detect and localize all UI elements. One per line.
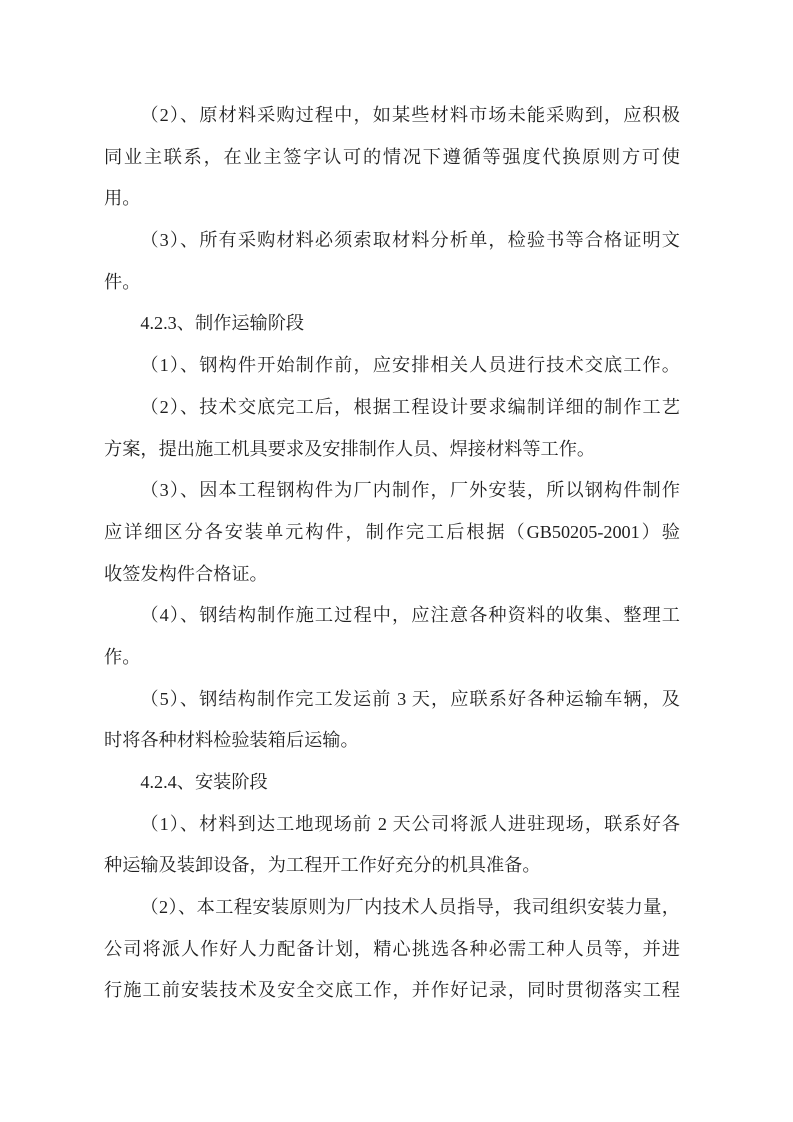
text-line: 4.2.3、制作运输阶段 <box>104 303 680 345</box>
paragraph: （5）、钢结构制作完工发运前 3 天，应联系好各种运输车辆，及时将各种材料检验装… <box>104 679 680 762</box>
text-line: （2）、本工程安装原则为厂内技术人员指导，我司组织安装力量， <box>104 887 680 929</box>
text-line: （4）、钢结构制作施工过程中，应注意各种资料的收集、整理工 <box>104 595 680 637</box>
text-line: 4.2.4、安装阶段 <box>104 762 680 804</box>
text-line: 时将各种材料检验装箱后运输。 <box>104 720 680 762</box>
paragraph: （2）、本工程安装原则为厂内技术人员指导，我司组织安装力量，公司将派人作好人力配… <box>104 887 680 1012</box>
text-line: 种运输及装卸设备，为工程开工作好充分的机具准备。 <box>104 845 680 887</box>
text-line: 方案，提出施工机具要求及安排制作人员、焊接材料等工作。 <box>104 429 680 471</box>
paragraph: （2）、技术交底完工后，根据工程设计要求编制详细的制作工艺方案，提出施工机具要求… <box>104 387 680 470</box>
document-body: （2）、原材料采购过程中，如某些材料市场未能采购到，应积极同业主联系，在业主签字… <box>104 95 680 1012</box>
text-line: 收签发构件合格证。 <box>104 554 680 596</box>
text-line: （3）、所有采购材料必须索取材料分析单，检验书等合格证明文 <box>104 220 680 262</box>
paragraph: （4）、钢结构制作施工过程中，应注意各种资料的收集、整理工作。 <box>104 595 680 678</box>
text-line: 公司将派人作好人力配备计划，精心挑选各种必需工种人员等，并进 <box>104 929 680 971</box>
text-line: （2）、技术交底完工后，根据工程设计要求编制详细的制作工艺 <box>104 387 680 429</box>
section-heading: 4.2.3、制作运输阶段 <box>104 303 680 345</box>
document-page: （2）、原材料采购过程中，如某些材料市场未能采购到，应积极同业主联系，在业主签字… <box>0 0 793 1122</box>
text-line: （3）、因本工程钢构件为厂内制作，厂外安装，所以钢构件制作 <box>104 470 680 512</box>
paragraph: （1）、材料到达工地现场前 2 天公司将派人进驻现场，联系好各种运输及装卸设备，… <box>104 804 680 887</box>
text-line: 件。 <box>104 262 680 304</box>
text-line: （2）、原材料采购过程中，如某些材料市场未能采购到，应积极 <box>104 95 680 137</box>
text-line: 用。 <box>104 178 680 220</box>
text-line: （1）、钢构件开始制作前，应安排相关人员进行技术交底工作。 <box>104 345 680 387</box>
text-line: （1）、材料到达工地现场前 2 天公司将派人进驻现场，联系好各 <box>104 804 680 846</box>
text-line: 作。 <box>104 637 680 679</box>
paragraph: （3）、因本工程钢构件为厂内制作，厂外安装，所以钢构件制作应详细区分各安装单元构… <box>104 470 680 595</box>
text-line: （5）、钢结构制作完工发运前 3 天，应联系好各种运输车辆，及 <box>104 679 680 721</box>
text-line: 同业主联系，在业主签字认可的情况下遵循等强度代换原则方可使 <box>104 137 680 179</box>
text-line: 行施工前安装技术及安全交底工作，并作好记录，同时贯彻落实工程 <box>104 970 680 1012</box>
text-line: 应详细区分各安装单元构件，制作完工后根据（GB50205-2001）验 <box>104 512 680 554</box>
paragraph: （3）、所有采购材料必须索取材料分析单，检验书等合格证明文件。 <box>104 220 680 303</box>
paragraph: （2）、原材料采购过程中，如某些材料市场未能采购到，应积极同业主联系，在业主签字… <box>104 95 680 220</box>
section-heading: 4.2.4、安装阶段 <box>104 762 680 804</box>
paragraph: （1）、钢构件开始制作前，应安排相关人员进行技术交底工作。 <box>104 345 680 387</box>
